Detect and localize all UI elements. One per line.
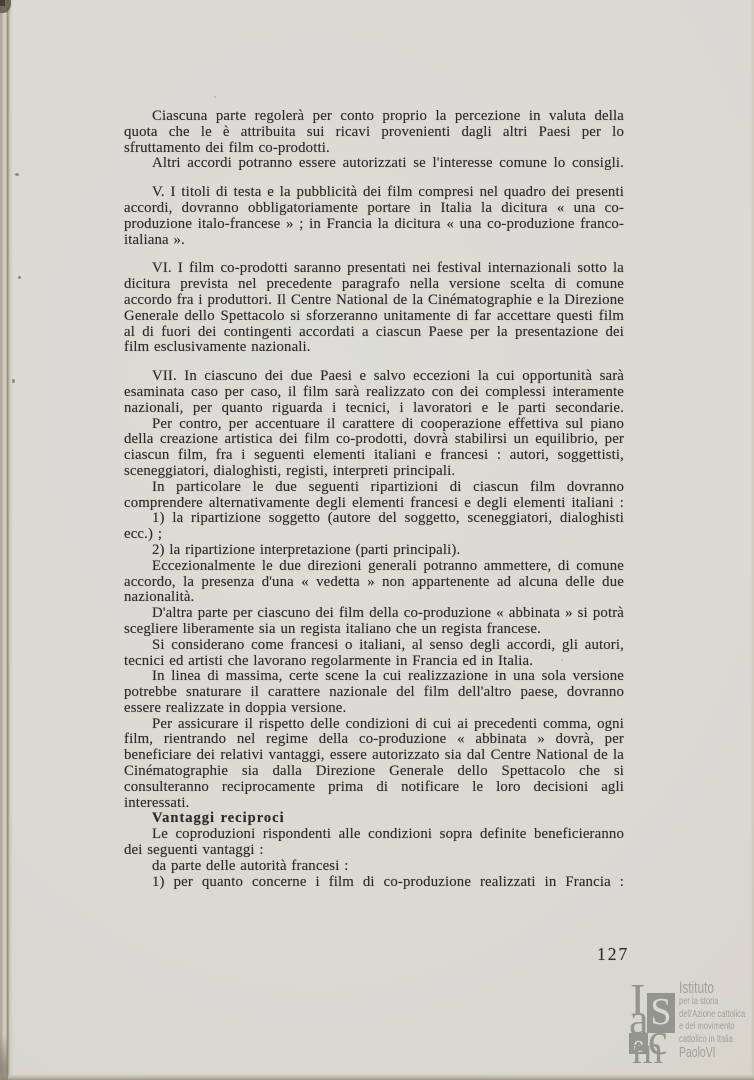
isacem-wordmark-line: cattolico in Italia [679,1033,745,1046]
isacem-wordmark-line: PaoloVI [679,1046,745,1060]
paper-speck [18,276,21,279]
body-list-item-1: 1) la ripartizione soggetto (autore del … [124,511,624,543]
section-heading: Vantaggi reciproci [124,811,624,827]
body-paragraph: da parte delle autorità francesi : [124,859,624,875]
paper-speck [214,96,216,98]
body-paragraph-section-v: V. I titoli di testa e la pubblicità dei… [124,185,624,248]
body-paragraph: In linea di massima, certe scene la cui … [124,669,624,716]
body-paragraph-section-vii: VII. In ciascuno dei due Paesi e salvo e… [124,369,624,416]
body-paragraph: Le coproduzioni rispondenti alle condizi… [124,827,624,859]
body-paragraph: D'altra parte per ciascuno dei film dell… [124,606,624,638]
page-bottom-edge [0,1074,754,1080]
body-paragraph: Eccezionalmente le due direzioni general… [124,559,624,606]
isacem-watermark: I a S e c m Istituto per la storia dell'… [629,978,754,1070]
body-paragraph: Si considerano come francesi o italiani,… [124,638,624,670]
body-paragraph: Ciascuna parte regolerà per conto propri… [124,109,624,156]
isacem-wordmark-line: Istituto [679,981,745,995]
isacem-wordmark: Istituto per la storia dell'Azione catto… [679,981,754,1060]
isacem-wordmark-line: per la storia [679,995,745,1008]
body-paragraph: Per contro, per accentuare il carattere … [124,417,624,480]
body-list-item-1-france: 1) per quanto concerne i film di co-prod… [124,875,624,891]
isacem-logo-block: I a S e c m [629,978,675,1070]
scan-corner-mark-dark [0,0,5,6]
body-paragraph: Per assicurare il rispetto delle condizi… [124,717,624,812]
paper-speck [15,173,19,176]
paper-speck [12,379,15,383]
isacem-wordmark-line: dell'Azione cattolica [679,1008,745,1021]
document-text-column: Ciascuna parte regolerà per conto propri… [124,109,624,890]
page-binding-edge [0,0,13,1080]
body-paragraph: In particolare le due seguenti ripartizi… [124,480,624,512]
body-paragraph: Altri accordi potranno essere autorizzat… [124,156,624,172]
body-paragraph-section-vi: VI. I film co-prodotti saranno presentat… [124,261,624,356]
body-list-item-2: 2) la ripartizione interpretazione (part… [124,543,624,559]
page-number: 127 [597,944,629,965]
scanned-book-page: Ciascuna parte regolerà per conto propri… [0,0,754,1080]
isacem-letter-m: m [632,1030,663,1070]
isacem-wordmark-line: e del movimento [679,1020,745,1033]
scan-corner-bottom-left [0,1034,8,1080]
